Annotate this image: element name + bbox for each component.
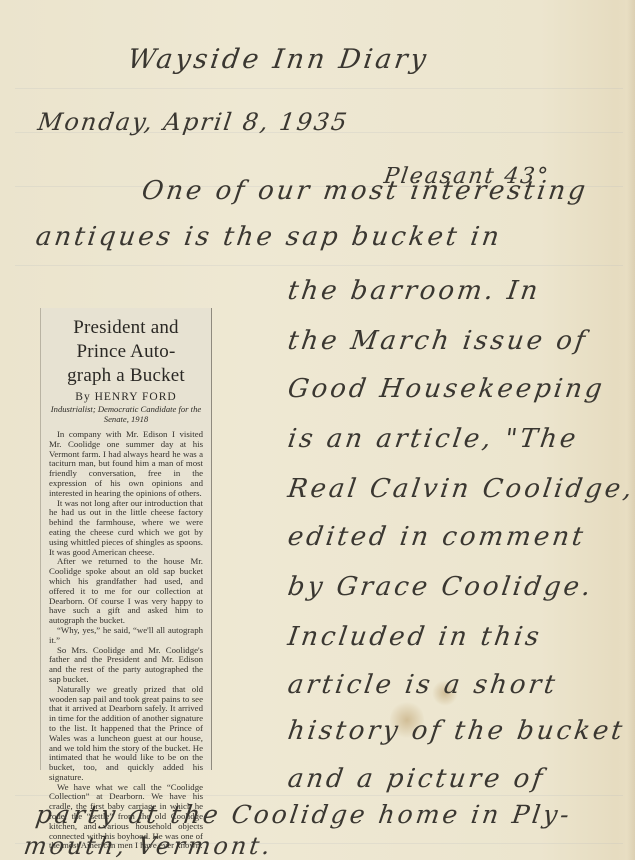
clipping-paragraph: We have what we call the “Coolidge Colle… <box>49 783 203 852</box>
clipping-byline: By HENRY FORD <box>49 391 203 403</box>
handwritten-line: edited in comment <box>286 522 588 552</box>
clipping-paragraph: So Mrs. Coolidge and Mr. Coolidge's fath… <box>49 646 203 685</box>
ruled-line <box>15 88 623 89</box>
handwritten-line: article is a short <box>286 670 560 700</box>
clipping-paragraph: After we returned to the house Mr. Cooli… <box>49 557 203 626</box>
handwritten-line: the barroom. In <box>286 276 543 306</box>
handwritten-line: and a picture of <box>286 764 547 794</box>
handwritten-line: Included in this <box>286 622 544 652</box>
handwritten-line: antiques is the sap bucket in <box>34 222 504 252</box>
clipping-title-line1: President and Prince Auto- <box>73 317 179 362</box>
diary-date: Monday, April 8, 1935 <box>36 108 350 136</box>
newspaper-clipping: President and Prince Auto- graph a Bucke… <box>40 308 212 770</box>
handwritten-line: the March issue of <box>286 326 590 356</box>
handwritten-line: is an article, "The <box>286 424 581 454</box>
clipping-title-line2: graph a Bucket <box>67 365 185 386</box>
clipping-paragraph: “Why, yes,” he said, “we'll all autograp… <box>49 626 203 646</box>
handwritten-line: by Grace Coolidge. <box>286 572 595 602</box>
clipping-body: In company with Mr. Edison I visited Mr.… <box>49 430 203 851</box>
handwritten-line: One of our most interesting <box>140 176 590 206</box>
diary-title: Wayside Inn Diary <box>126 44 431 75</box>
clipping-subtitle: Industrialist; Democratic Candidate for … <box>49 404 203 424</box>
clipping-paragraph: Naturally we greatly prized that old woo… <box>49 685 203 783</box>
ruled-line <box>15 265 623 266</box>
clipping-paragraph: In company with Mr. Edison I visited Mr.… <box>49 430 203 499</box>
clipping-title: President and Prince Auto- graph a Bucke… <box>49 316 203 388</box>
clipping-paragraph: It was not long after our introduction t… <box>49 499 203 558</box>
handwritten-line: Real Calvin Coolidge," <box>286 474 635 504</box>
page-edge <box>627 0 635 860</box>
handwritten-line: history of the bucket <box>286 716 627 746</box>
handwritten-line: Good Housekeeping <box>286 374 607 404</box>
